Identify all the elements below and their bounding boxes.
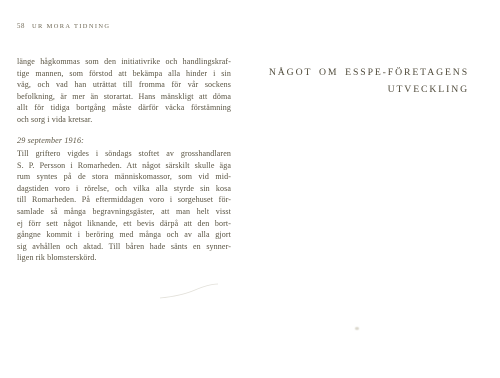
paragraph-1: länge hågkommas som den initiativrike oc… [17,56,231,126]
scratch-mark [159,282,219,300]
chapter-heading-line-2: UTVECKLING [269,82,469,99]
text-line: S. P. Persson i Romarheden. Att något sä… [17,160,231,172]
paragraph-2-last-line: ligen rik blomsterskörd. [17,252,231,264]
paragraph-1-last-line: och sorg i vida kretsar. [17,114,231,126]
page-number: 58 [17,23,25,30]
text-line: länge hågkommas som den initiativrike oc… [17,56,231,68]
paper-speck [355,327,359,330]
text-line: till Romarheden. På eftermiddagen voro i… [17,194,231,206]
chapter-heading-line-1: NÅGOT OM ESSPE-FÖRETAGENS [269,65,469,82]
text-line: allt för tidiga bortgång måste därför vä… [17,102,231,114]
text-line: befolkning, är mer än storartat. Hans mä… [17,91,231,103]
book-spread: 58 UR MORA TIDNING länge hågkommas som d… [0,0,500,378]
text-line: väg, och vad han uträttat till fromma fö… [17,79,231,91]
paragraph-1-lines: länge hågkommas som den initiativrike oc… [17,56,231,114]
text-line: dagstiden voro i rörelse, och vilka alla… [17,183,231,195]
running-header: 58 UR MORA TIDNING [17,23,231,30]
running-title: UR MORA TIDNING [32,23,110,30]
text-line: sig avhållen och aktad. Till båren hade … [17,241,231,253]
paragraph-2-lines: Till griftero vigdes i söndags stoftet a… [17,148,231,252]
text-line: gångne kommit i beröring med många och a… [17,229,231,241]
text-line: ej förr sett något liknande, ett bevis d… [17,218,231,230]
text-line: tige mannen, som förstod att bekämpa all… [17,68,231,80]
text-line: Till griftero vigdes i söndags stoftet a… [17,148,231,160]
date-line: 29 september 1916: [17,136,231,145]
text-line: rum syntes på de stora människomassor, s… [17,171,231,183]
chapter-heading: NÅGOT OM ESSPE-FÖRETAGENS UTVECKLING [269,65,469,99]
paragraph-2: Till griftero vigdes i söndags stoftet a… [17,148,231,264]
text-line: samlade så många begravningsgäster, att … [17,206,231,218]
